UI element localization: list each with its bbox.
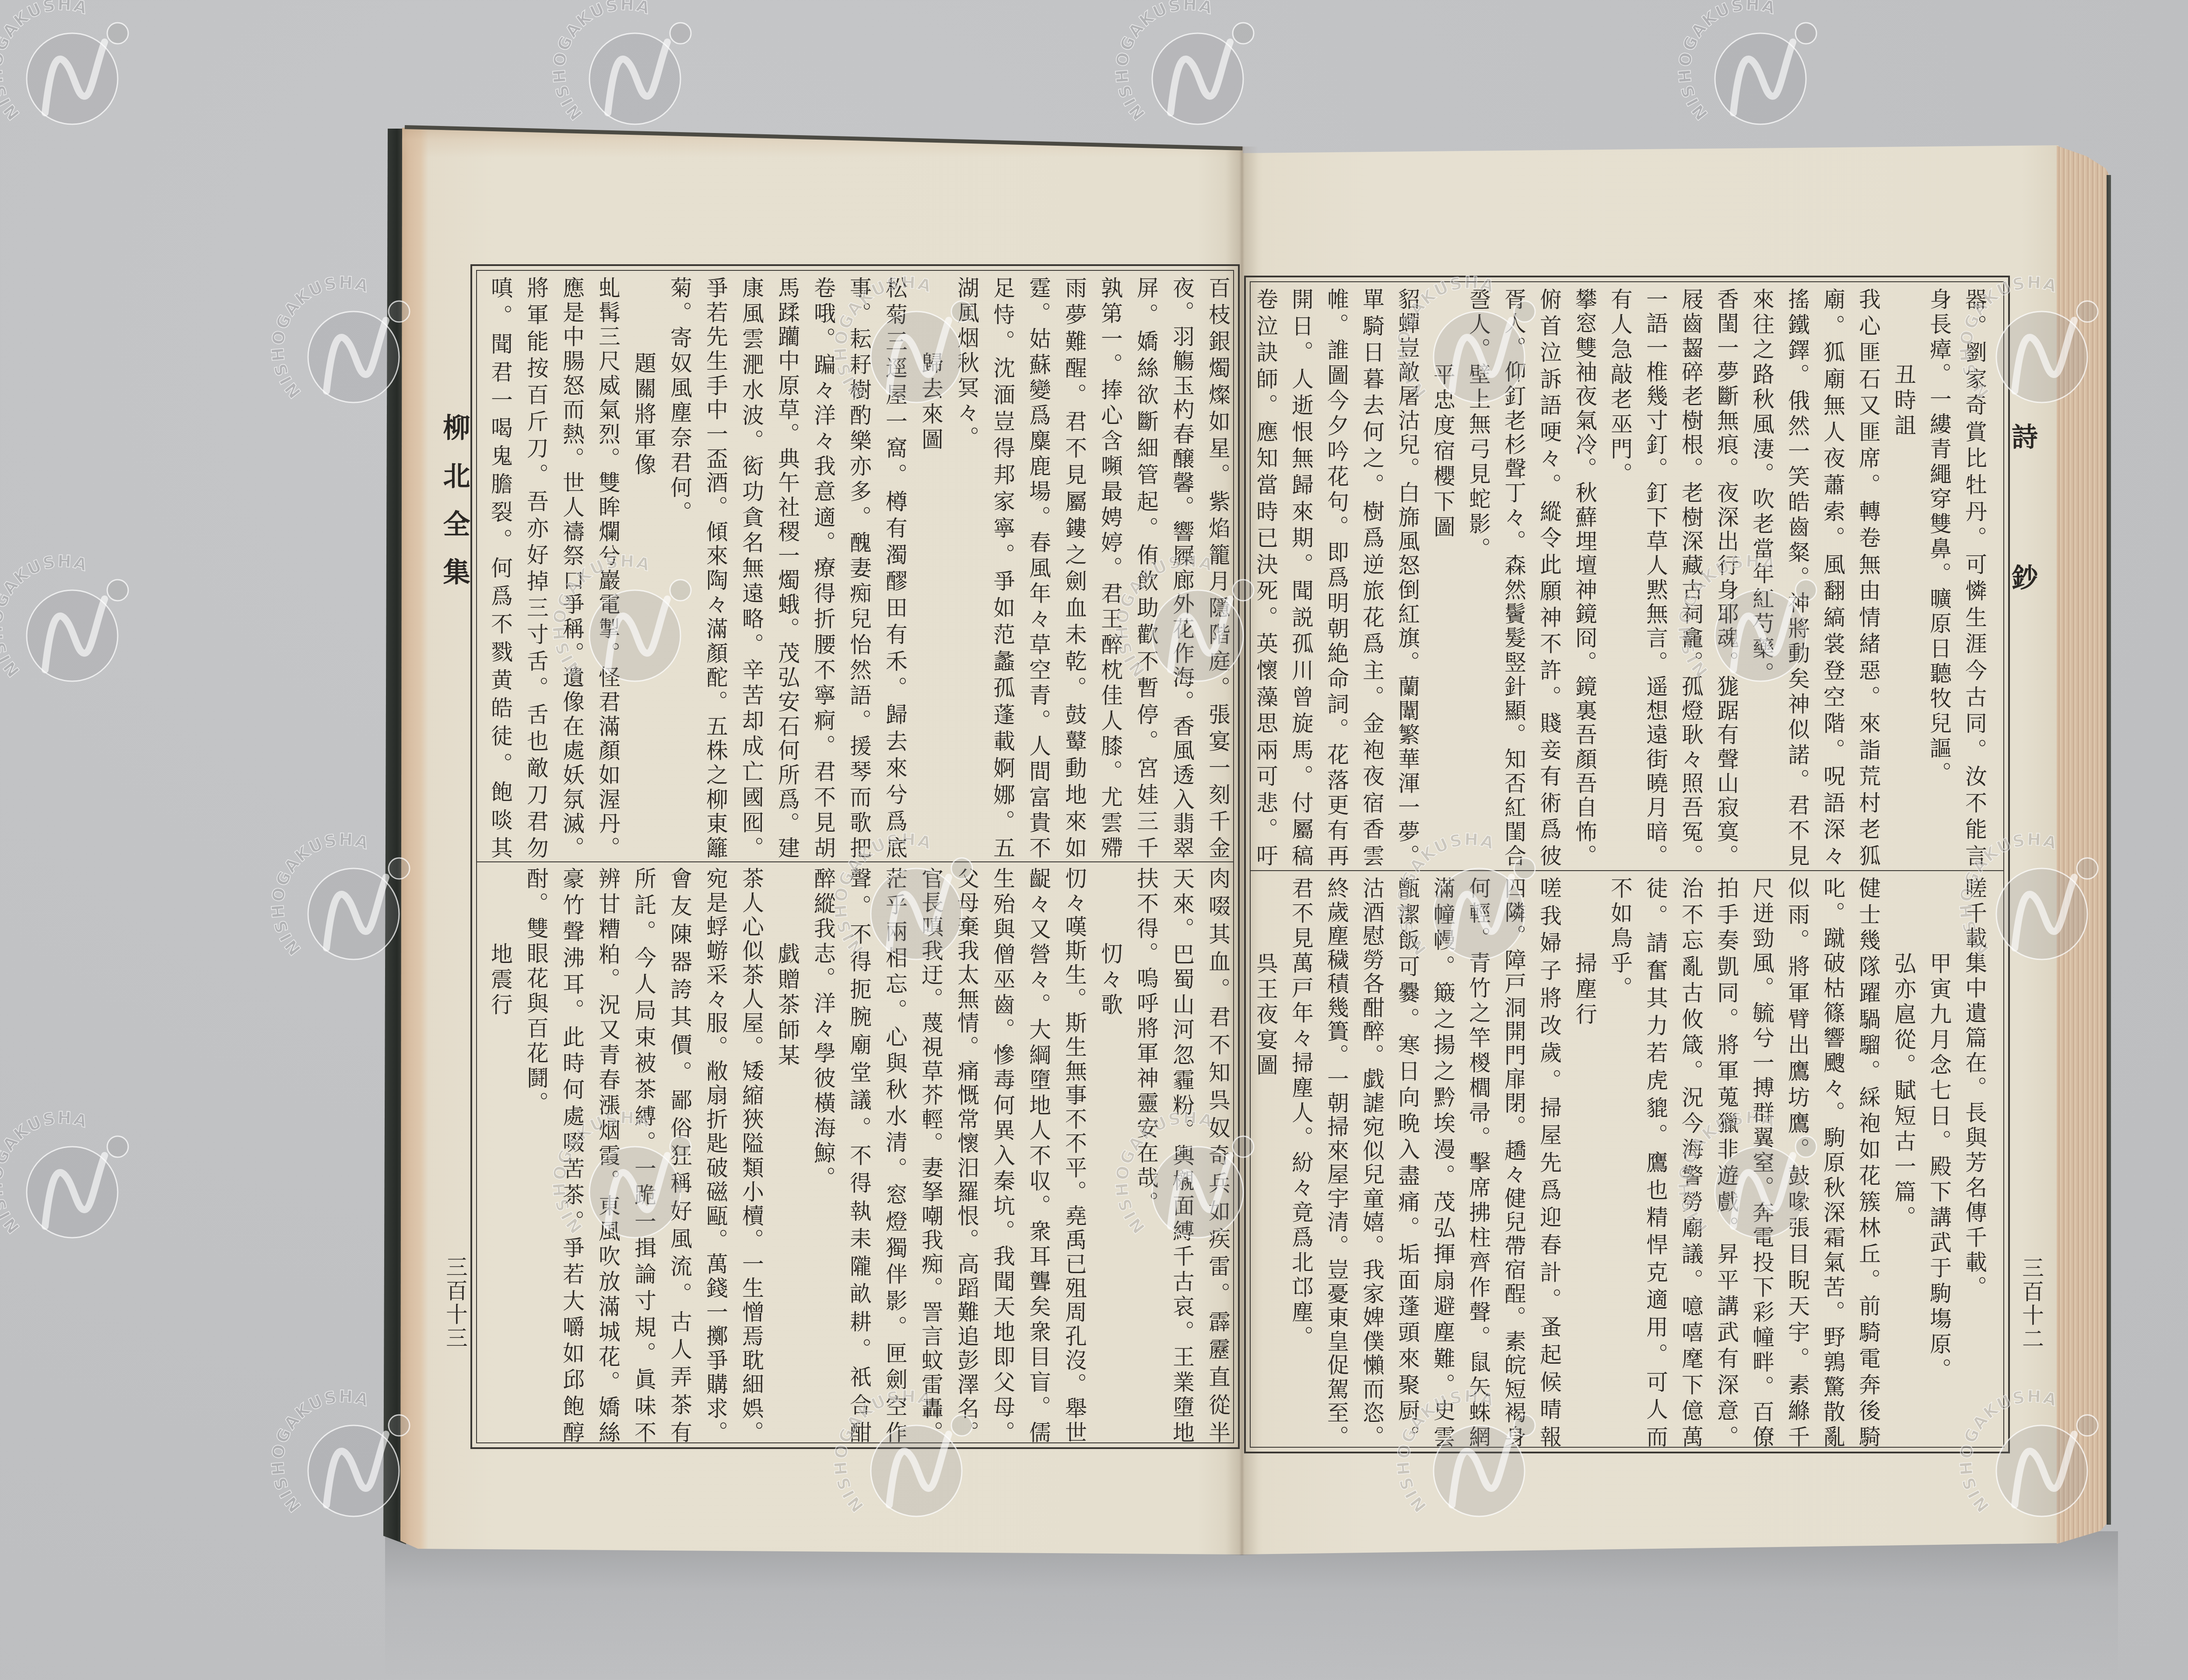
text-column: 聲。不得扼腕廟堂議。不得執耒隴畝耕。祇合酣	[841, 867, 877, 1443]
text-column: 菊。寄奴風塵奈君何。	[662, 276, 698, 858]
text-column: 夜。羽觴玉杓春醸馨。響屧廊外花作海。香風透入翡翠	[1164, 276, 1200, 858]
text-column: 終歲塵穢積幾簣。一朝掃來屋宇清。豈憂東皇促駕至。	[1319, 877, 1354, 1447]
left-page-divider	[477, 861, 1233, 862]
text-column: 身長瘴。一縷青繩穿雙鼻。曠原日聽牧兒謳。	[1922, 288, 1957, 866]
poem-title: 掃塵行	[1567, 877, 1602, 1447]
poem-preface: 弘亦扈從。賦短古一篇。	[1886, 877, 1922, 1447]
left-page-number: 三百十三	[444, 1256, 466, 1350]
text-column: 尺迸勁風。毓兮一搏群翼窒。奔電投下彩幢畔。百僚	[1744, 877, 1780, 1447]
nishogakusha-logo-icon	[549, 0, 691, 124]
text-column: 雨夢難醒。君不見屬鏤之劍血未乾。鼓鼙動地來如	[1056, 276, 1092, 858]
text-column: 酎。雙眼花與百花鬪。	[518, 867, 554, 1443]
text-column: 何輕。青竹之竿椶櫚帚。擊席拂柱齊作聲。鼠矢蛛網	[1461, 877, 1496, 1447]
text-column: 生殆與僧巫齒。慘毒何異入秦坑。我聞天地即父母。	[985, 867, 1020, 1443]
nishogakusha-logo-icon	[0, 551, 128, 681]
nishogakusha-logo-icon	[1112, 0, 1254, 124]
text-column: 官長嗔我迂。蔑視草芥輕。妻拏嘲我痴。詈言蚊雷轟。	[913, 867, 949, 1443]
nishogakusha-logo-icon	[1675, 0, 1816, 124]
text-column: 嗟千載集中遺篇在。長與芳名傳千載。	[1957, 877, 1992, 1447]
right-page-upper-text: 器。劉家奇賞比牡丹。可憐生涯今古同。汝不能言 身長瘴。一縷青繩穿雙鼻。曠原日聽牧…	[1248, 288, 1992, 866]
text-column: 爭若先生手中一盃酒。傾來陶々滿顏酡。五株之柳東籬	[698, 276, 733, 858]
text-column: 康風雲淝水波。衒功貪名無遠略。辛苦却成亡國囮。	[733, 276, 769, 858]
nishogakusha-logo-icon	[0, 0, 128, 124]
text-column: 治不忘亂古攸箴。況今海警勞廟議。噫嘻麾下億萬	[1673, 877, 1709, 1447]
text-column: 父母棄我太無情。痛慨常懷汨羅恨。高蹈難追彭澤名。	[949, 867, 985, 1443]
text-column: 健士幾隊躍騧騮。綵袍如花簇林丘。前騎電奔後騎	[1851, 877, 1886, 1447]
poem-title: 平忠度宿櫻下圖	[1425, 288, 1461, 866]
text-column: 齪々又營々。大綱墮地人不収。衆耳聾矣衆目盲。儒	[1020, 867, 1056, 1443]
text-column: 器。劉家奇賞比牡丹。可憐生涯今古同。汝不能言	[1957, 288, 1992, 866]
poem-title: 歸去來圖	[913, 276, 949, 858]
text-column: 霆。姑蘇變爲麋鹿場。春風年々草空青。人間富貴不	[1020, 276, 1056, 858]
text-column: 甑潔飯可爨。寒日向晩入盡痛。垢面蓬頭來聚厨。	[1390, 877, 1425, 1447]
text-column: 不如鳥乎。	[1602, 877, 1638, 1447]
text-column: 滿幢幔。簸之揚之黔埃漫。茂弘揮扇避塵難。史雲	[1425, 877, 1461, 1447]
text-column: 四隣。障戸洞開門扉閉。趫々健兒帶宿酲。素皖短褐身	[1496, 877, 1532, 1447]
text-column: 來往之路秋風淒。吹老當年紅芍藥。	[1744, 288, 1780, 866]
poem-title: 呉王夜宴圖	[1248, 877, 1283, 1447]
left-page-lower-text: 肉啜其血。君不知呉奴奇兵如疾雷。霹靂直從半 天來。巴蜀山河忽霾粉。輿櫬面縛千古哀…	[477, 867, 1236, 1443]
poem-title: 地震行	[482, 867, 518, 1443]
text-column: 我心匪石又匪席。轉卷無由情緒惡。來詣荒村老狐	[1851, 288, 1886, 866]
text-column: 天來。巴蜀山河忽霾粉。輿櫬面縛千古哀。王業墮地	[1164, 867, 1200, 1443]
text-column: 宛是蜉蝣采々服。敝扇折匙破磁甌。萬錢一擲爭購求。	[698, 867, 733, 1443]
text-column: 搖鐵鐸。俄然一笑皓齒粲。神將動矣神似諾。君不見	[1780, 288, 1815, 866]
text-column: 湖風烟秋冥々。	[949, 276, 985, 858]
left-page-upper-text: 百枝銀燭燦如星。紫焰籠月隱階庭。張宴一刻千金 夜。羽觴玉杓春醸馨。響屧廊外花作海…	[477, 276, 1236, 858]
right-page-lower-text: 嗟千載集中遺篇在。長與芳名傳千載。 甲寅九月念七日。殿下講武于駒塲原。 弘亦扈從…	[1248, 877, 1992, 1447]
text-column: 應是中腸怒而熱。世人禱祭口爭稱。遺像在處妖氛滅。	[554, 276, 590, 858]
text-column: 卷哦。蹁々洋々我意適。療得折腰不寧痾。君不見胡	[805, 276, 841, 858]
right-page-divider	[1251, 870, 2003, 871]
text-column: 嗟我婦子將改歲。掃屋先爲迎春計。蚤起候晴報	[1532, 877, 1567, 1447]
text-column: 貂蟬豈敵屠沽兒。白旆風怒倒紅旗。蘭闈繁華渾一夢。	[1390, 288, 1425, 866]
text-column: 香閨一夢斷無痕。夜深出行身耶魂。狵踞有聲山寂寞。	[1709, 288, 1744, 866]
text-column: 忉々嘆斯生。斯生無事不不平。堯禹已殂周孔沒。舉世	[1056, 867, 1092, 1443]
text-column: 扶不得。嗚呼將軍神靈安在哉。	[1128, 867, 1164, 1443]
poem-title: 題關將軍像	[626, 276, 662, 858]
right-page-number: 三百十二	[2020, 1256, 2042, 1351]
text-column: 茫乎兩相忘。心與秋水清。窓燈獨伴影。匣劍空作	[877, 867, 913, 1443]
text-column: 會友陳器誇其價。鄙俗狂稱好風流。古人弄茶有	[662, 867, 698, 1443]
text-column: 君不見萬戸年々掃塵人。紛々竟爲北邙塵。	[1283, 877, 1319, 1447]
text-column: 沽酒慰勞各酣醉。戯謔宛似兒童嬉。我家婢僕懶而恣。	[1354, 877, 1390, 1447]
poem-title: 丑時詛	[1886, 288, 1922, 866]
text-column: 俯首泣訴語哽々。縱令此願神不許。賤妾有術爲彼	[1532, 288, 1567, 866]
book-title-margin: 柳北全集	[441, 413, 468, 606]
poem-title: 戯贈茶師某	[769, 867, 805, 1443]
text-column: 屐齒齧碎老樹根。老樹深藏古祠龕。孤燈耿々照吾冤。	[1673, 288, 1709, 866]
text-column: 巹人。壁上無弓見蛇影。	[1461, 288, 1496, 866]
text-column: 卷泣訣師。應知當時已決死。英懷藻思兩可悲。吁	[1248, 288, 1283, 866]
text-column: 單騎日暮去何之。樹爲逆旅花爲主。金袍夜宿香雲	[1354, 288, 1390, 866]
text-column: 拍手奏凱同。將軍蒐獵非遊戲。昇平講武有深意。	[1709, 877, 1744, 1447]
text-column: 叱。蹴破枯篠響颼々。駒原秋深霜氣苦。野鶉驚散亂	[1815, 877, 1851, 1447]
text-column: 事。耘耔樹酌樂亦多。醜妻痴兒怡然語。援琴而歌把	[841, 276, 877, 858]
text-column: 有人急敲老巫門。	[1602, 288, 1638, 866]
text-column: 胥人。仰釘老杉聲丁々。森然鬢髮竪針顯。知否紅閨合	[1496, 288, 1532, 866]
poem-preface: 甲寅九月念七日。殿下講武于駒塲原。	[1922, 877, 1957, 1447]
text-column: 帷。誰圖今夕吟花句。即爲明朝絶命詞。花落更有再	[1319, 288, 1354, 866]
text-column: 松菊三逕屋一窩。樽有濁醪田有禾。歸去來兮爲底	[877, 276, 913, 858]
text-column: 似雨。將軍臂出鷹坊鷹。鼓喙張目睨天宇。素縧千	[1780, 877, 1815, 1447]
text-column: 屏。嬌絲欲斷細管起。侑飲助歡不暫停。宮娃三千	[1128, 276, 1164, 858]
text-column: 所託。今人局束被茶縛。一跪一揖論寸規。眞味不	[626, 867, 662, 1443]
text-column: 辨甘糟粕。況又青春漲烟霞。東風吹放滿城花。嬌絲	[590, 867, 626, 1443]
text-column: 虬髯三尺威氣烈。雙眸爛兮巖電掣。怪君滿顏如渥丹。	[590, 276, 626, 858]
text-column: 開日。人逝恨無歸來期。聞説孤川曾旋馬。付屬稿	[1283, 288, 1319, 866]
text-column: 徒。請奮其力若虎貔。鷹也精悍克適用。可人而	[1638, 877, 1673, 1447]
text-column: 醉縱我志。洋々學彼橫海鯨。	[805, 867, 841, 1443]
text-column: 肉啜其血。君不知呉奴奇兵如疾雷。霹靂直從半	[1200, 867, 1236, 1443]
text-column: 百枝銀燭燦如星。紫焰籠月隱階庭。張宴一刻千金	[1200, 276, 1236, 858]
text-column: 茶人心似茶人屋。矮縮狹隘類小櫝。一生憎焉耽細娯。	[733, 867, 769, 1443]
text-column: 馬蹂躪中原草。典午社稷一燭蛾。茂弘安石何所爲。建	[769, 276, 805, 858]
text-column: 攀窓雙袖夜氣冷。秋蘚埋壇神鏡冏。鏡裏吾顏吾自怖。	[1567, 288, 1602, 866]
text-column: 足恃。沈湎豈得邦家寧。爭如范蠡孤蓬載婀娜。五	[985, 276, 1020, 858]
nishogakusha-logo-icon	[0, 1108, 128, 1238]
text-column: 一語一椎幾寸釘。釘下草人黙無言。遥想遠街曉月暗。	[1638, 288, 1673, 866]
right-page-stack	[2057, 146, 2110, 1546]
poem-title: 忉々歌	[1092, 867, 1128, 1443]
text-column: 廟。狐廟無人夜蕭索。風翻縞裳登空階。呪語深々	[1815, 288, 1851, 866]
text-column: 將軍能按百斤刀。吾亦好掉三寸舌。舌也敵刀君勿	[518, 276, 554, 858]
text-column: 嗔。聞君一喝鬼膽裂。何爲不戮黄皓徒。飽啖其	[482, 276, 518, 858]
running-header: 詩鈔	[2009, 423, 2036, 705]
text-column: 豪竹聲沸耳。此時何處啜苦茶。爭若大嚼如邱飽醇	[554, 867, 590, 1443]
book-cover-right-edge	[2107, 175, 2111, 1525]
text-column: 孰第一。捧心含嚬最娉婷。君王醉枕佳人膝。尤雲殢	[1092, 276, 1128, 858]
